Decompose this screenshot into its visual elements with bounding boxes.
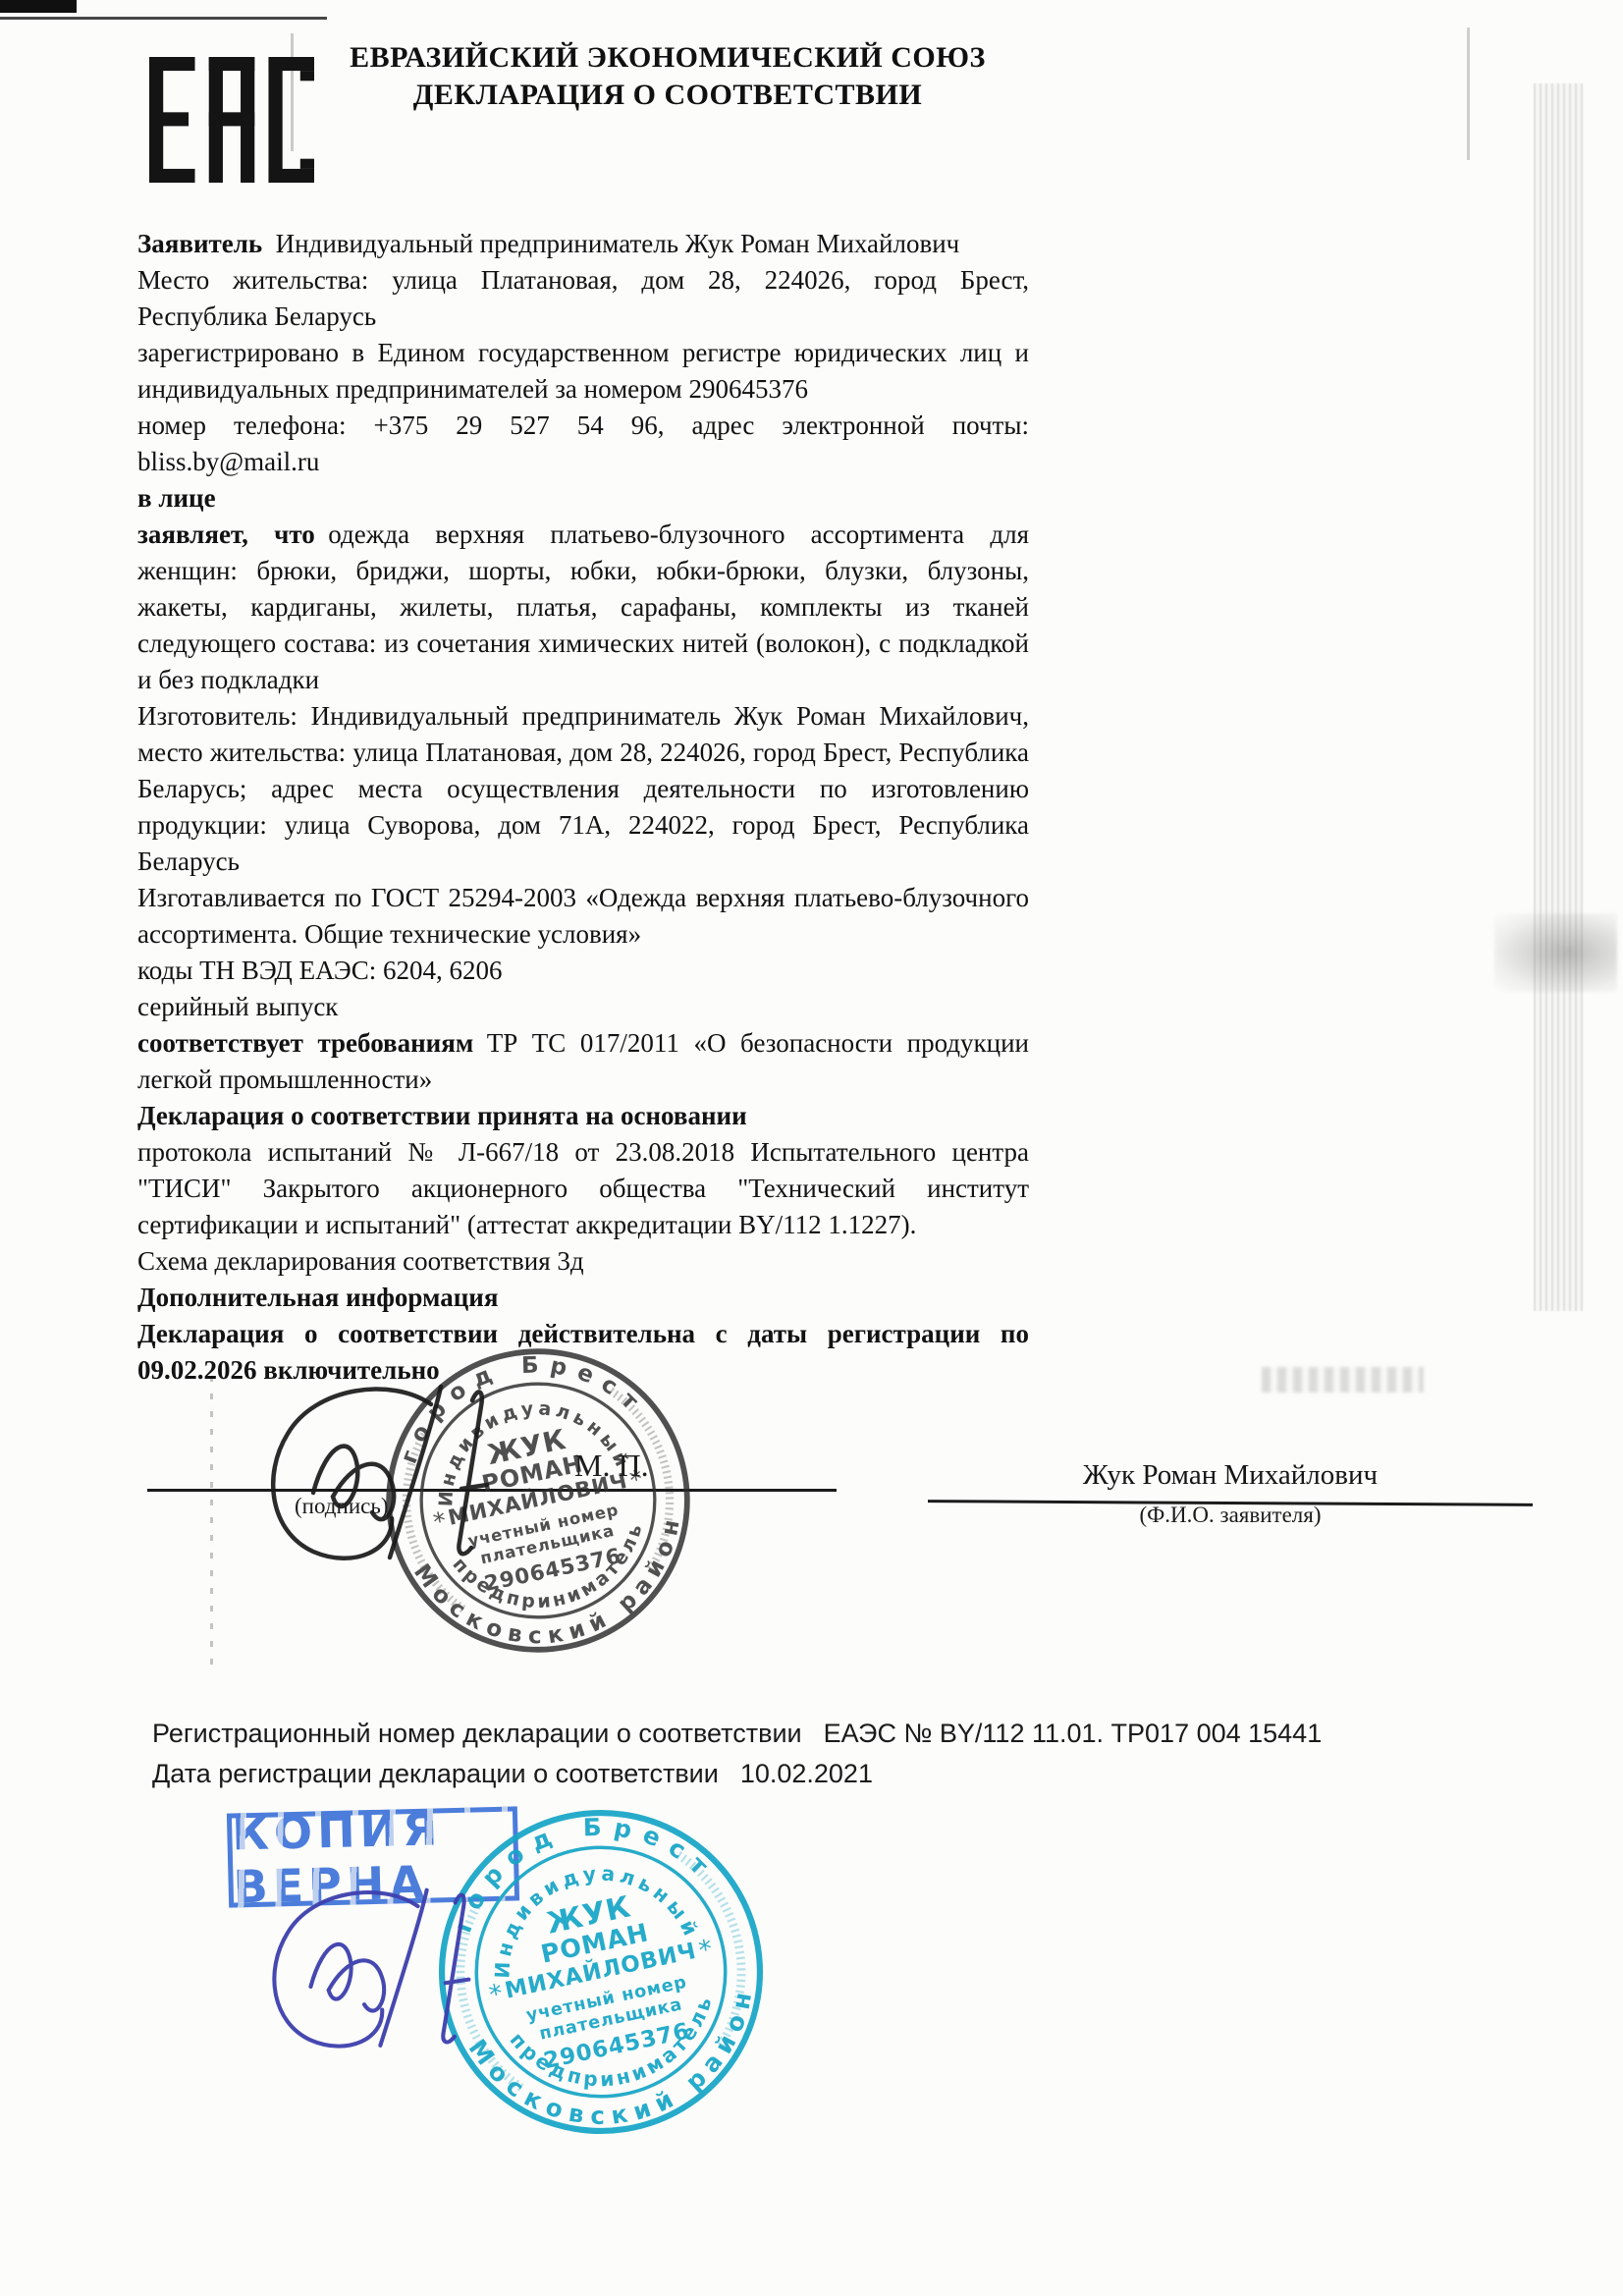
paragraph-label: в лице <box>137 483 216 513</box>
registration-date-line: Дата регистрации декларации о соответств… <box>152 1754 1429 1794</box>
paragraph-text: серийный выпуск <box>137 992 338 1021</box>
paragraph-text: протокола испытаний № Л-667/18 от 23.08.… <box>137 1137 1029 1239</box>
paragraph: Заявитель Индивидуальный предприниматель… <box>137 226 1029 262</box>
paragraph: Место жительства: улица Платановая, дом … <box>137 262 1029 335</box>
paragraph-text: Изготавливается по ГОСТ 25294-2003 «Одеж… <box>137 883 1029 949</box>
paragraph-text: Индивидуальный предприниматель Жук Роман… <box>276 229 960 258</box>
registration-number-line: Регистрационный номер декларации о соотв… <box>152 1714 1429 1754</box>
registration-number-label: Регистрационный номер декларации о соотв… <box>152 1719 802 1748</box>
paragraph: соответствует требованиям ТР ТС 017/2011… <box>137 1025 1029 1098</box>
paragraph-text: зарегистрировано в Едином государственно… <box>137 338 1029 404</box>
paragraph-text: Изготовитель: Индивидуальный предпринима… <box>137 701 1029 876</box>
paragraph: протокола испытаний № Л-667/18 от 23.08.… <box>137 1134 1029 1243</box>
paragraph: Изготовитель: Индивидуальный предпринима… <box>137 698 1029 880</box>
paragraph: Декларация о соответствии принята на осн… <box>137 1098 1029 1134</box>
registration-block: Регистрационный номер декларации о соотв… <box>152 1714 1429 1794</box>
paragraph-label: Дополнительная информация <box>137 1283 498 1312</box>
paragraph: Дополнительная информация <box>137 1280 1029 1316</box>
stamp-place-label: М. П. <box>574 1448 649 1484</box>
scan-artifact-faint-text <box>1262 1367 1424 1393</box>
paragraph: коды ТН ВЭД ЕАЭС: 6204, 6206 <box>137 953 1029 989</box>
document-page: ЕВРАЗИЙСКИЙ ЭКОНОМИЧЕСКИЙ СОЮЗ ДЕКЛАРАЦИ… <box>0 0 1623 2296</box>
handwritten-signature-blue <box>234 1878 495 2074</box>
paragraph: в лице <box>137 480 1029 517</box>
svg-text:*: * <box>696 1934 715 1966</box>
paragraph-label: соответствует требованиям <box>137 1028 473 1058</box>
scan-artifact-dots <box>210 1370 213 1665</box>
paragraph: серийный выпуск <box>137 989 1029 1025</box>
paragraph-label: заявляет, что <box>137 519 315 549</box>
title-line-1: ЕВРАЗИЙСКИЙ ЭКОНОМИЧЕСКИЙ СОЮЗ <box>245 39 1090 77</box>
scan-artifact-streak <box>1467 27 1470 160</box>
declaration-body: Заявитель Индивидуальный предприниматель… <box>137 226 1029 1389</box>
scan-artifact-right-band <box>1534 83 1583 1311</box>
paragraph: заявляет, что одежда верхняя платьево-бл… <box>137 517 1029 698</box>
document-title: ЕВРАЗИЙСКИЙ ЭКОНОМИЧЕСКИЙ СОЮЗ ДЕКЛАРАЦИ… <box>245 39 1090 114</box>
paragraph-label: Декларация о соответствии принята на осн… <box>137 1101 747 1130</box>
paragraph: Изготавливается по ГОСТ 25294-2003 «Одеж… <box>137 880 1029 953</box>
title-line-2: ДЕКЛАРАЦИЯ О СООТВЕТСТВИИ <box>245 77 1090 114</box>
paragraph-text: номер телефона: +375 29 527 54 96, адрес… <box>137 410 1029 476</box>
paragraph-label: Заявитель <box>137 229 262 258</box>
applicant-name: Жук Роман Михайлович <box>928 1459 1533 1492</box>
paragraph: Схема декларирования соответствия 3д <box>137 1243 1029 1280</box>
applicant-name-caption: (Ф.И.О. заявителя) <box>928 1503 1533 1528</box>
scan-artifact-top-line <box>0 17 327 20</box>
paragraph-text: Место жительства: улица Платановая, дом … <box>137 265 1029 331</box>
registration-date-label: Дата регистрации декларации о соответств… <box>152 1759 719 1788</box>
scan-artifact-smudge <box>1494 913 1617 992</box>
handwritten-signature-black <box>243 1373 501 1589</box>
paragraph-text: коды ТН ВЭД ЕАЭС: 6204, 6206 <box>137 956 502 985</box>
registration-date-value: 10.02.2021 <box>740 1759 873 1788</box>
scan-artifact-corner-bar <box>0 0 77 13</box>
paragraph: номер телефона: +375 29 527 54 96, адрес… <box>137 408 1029 480</box>
paragraph-text: Схема декларирования соответствия 3д <box>137 1246 584 1276</box>
registration-number-value: ЕАЭС № BY/112 11.01. ТР017 004 15441 <box>824 1719 1323 1748</box>
paragraph: зарегистрировано в Едином государственно… <box>137 335 1029 408</box>
